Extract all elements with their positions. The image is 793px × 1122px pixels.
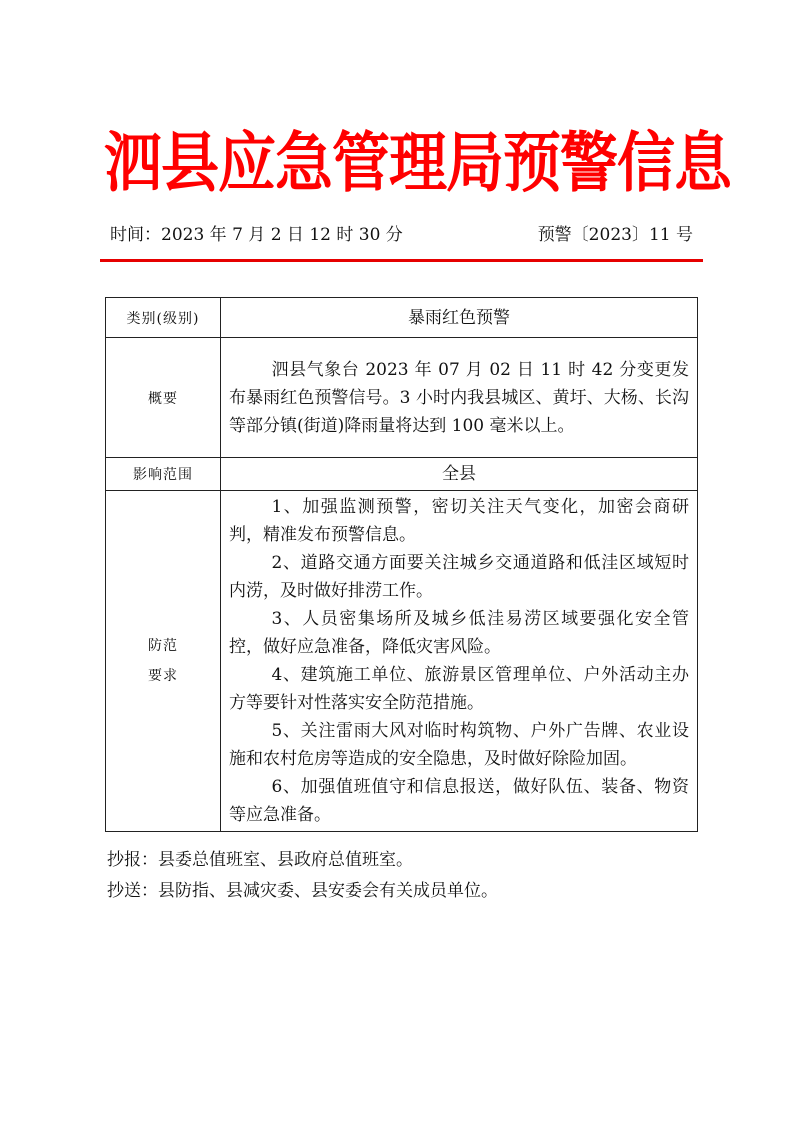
table-row: 影响范围 全县 [106,458,698,491]
red-divider [100,259,703,262]
scope-label: 影响范围 [106,458,221,491]
header-meta: 时间：2023 年 7 月 2 日 12 时 30 分 预警〔2023〕11 号 [110,220,693,245]
requirement-item: 4、建筑施工单位、旅游景区管理单位、户外活动主办方等要针对性落实安全防范措施。 [229,661,689,717]
table-row: 概要 泗县气象台 2023 年 07 月 02 日 11 时 42 分变更发布暴… [106,338,698,458]
requirements-label-line2: 要求 [107,661,219,691]
requirements-label: 防范 要求 [106,491,221,832]
category-label: 类别(级别) [106,298,221,338]
issue-time: 时间：2023 年 7 月 2 日 12 时 30 分 [110,220,403,245]
summary-value: 泗县气象台 2023 年 07 月 02 日 11 时 42 分变更发布暴雨红色… [221,338,698,458]
scope-value: 全县 [221,458,698,491]
requirement-item: 6、加强值班值守和信息报送，做好队伍、装备、物资等应急准备。 [229,773,689,829]
requirements-value: 1、加强监测预警，密切关注天气变化，加密会商研判，精准发布预警信息。 2、道路交… [221,491,698,832]
requirement-item: 2、道路交通方面要关注城乡交通道路和低洼区域短时内涝，及时做好排涝工作。 [229,549,689,605]
requirements-label-line1: 防范 [107,631,219,661]
warning-table: 类别(级别) 暴雨红色预警 概要 泗县气象台 2023 年 07 月 02 日 … [105,297,698,832]
report-to: 抄报：县委总值班室、县政府总值班室。 [107,845,413,870]
summary-label: 概要 [106,338,221,458]
document-title: 泗县应急管理局预警信息 [104,118,694,208]
category-value: 暴雨红色预警 [221,298,698,338]
table-row: 防范 要求 1、加强监测预警，密切关注天气变化，加密会商研判，精准发布预警信息。… [106,491,698,832]
requirement-item: 1、加强监测预警，密切关注天气变化，加密会商研判，精准发布预警信息。 [229,493,689,549]
doc-number: 预警〔2023〕11 号 [538,220,693,245]
table-row: 类别(级别) 暴雨红色预警 [106,298,698,338]
requirement-item: 3、人员密集场所及城乡低洼易涝区域要强化安全管控，做好应急准备，降低灾害风险。 [229,605,689,661]
copy-to: 抄送：县防指、县减灾委、县安委会有关成员单位。 [107,876,498,901]
requirement-item: 5、关注雷雨大风对临时构筑物、户外广告牌、农业设施和农村危房等造成的安全隐患，及… [229,717,689,773]
